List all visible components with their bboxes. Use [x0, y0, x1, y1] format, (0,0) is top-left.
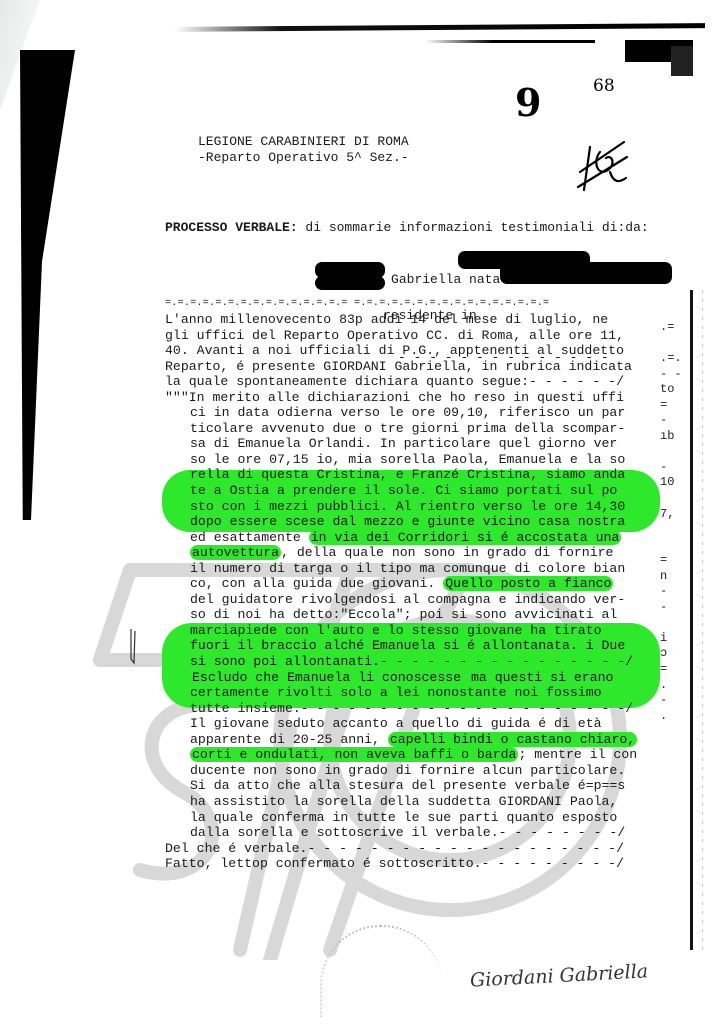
title-text: di sommarie informazioni testimoniali di…	[298, 220, 626, 235]
faded-stamp	[320, 925, 442, 1017]
margin-mark: 7,	[660, 507, 682, 523]
margin-mark	[660, 615, 682, 631]
line-text: dopo essere scese dal mezzo e giunte vic…	[190, 514, 625, 529]
statement-line: il numero di targa o il tipo ma comunque…	[165, 561, 685, 577]
statement-line: sto con i mezzi pubblici. Al rientro ver…	[165, 499, 685, 515]
line-text: L'anno millenovecento 83p addì 14 del me…	[165, 312, 608, 327]
margin-mark	[660, 522, 682, 538]
line-text: ticolare avvenuto due o tre giorni prima…	[190, 421, 625, 436]
line-text: il numero di targa o il tipo ma comunque…	[190, 561, 625, 576]
line-text: sa di Emanuela Orlandi. In particolare q…	[190, 436, 617, 451]
witness-name: Gabriella nata a	[383, 272, 516, 287]
statement-line: fuori il braccio alché Emanuela si é all…	[165, 638, 685, 654]
line-text: ducente non sono in grado di fornire alc…	[190, 763, 625, 778]
line-text: te a Ostia a prendere il sole. Ci siamo …	[190, 483, 617, 498]
margin-mark: =	[660, 662, 682, 678]
line-text: apparente di 20-25 anni,	[190, 732, 388, 747]
statement-line: 40. Avanti a noi ufficiali di P.G., appt…	[165, 343, 685, 359]
statement-line: sa di Emanuela Orlandi. In particolare q…	[165, 436, 685, 452]
highlighted-text: in via dei Corridori si é accostata una	[309, 530, 622, 545]
line-text: """In merito alle dichiarazioni che ho r…	[165, 390, 624, 405]
margin-mark	[660, 755, 682, 771]
line-text: Si da atto che alla stesura del presente…	[190, 778, 625, 793]
statement-body: L'anno millenovecento 83p addì 14 del me…	[165, 312, 685, 872]
statement-line: Reparto, é presente GIORDANI Gabriella, …	[165, 359, 685, 375]
statement-line: rella di questa Cristina, e Franzé Crist…	[165, 467, 685, 483]
margin-mark: i	[660, 631, 682, 647]
stamped-page-number: 68	[593, 76, 615, 96]
line-text: ed esattamente	[190, 530, 309, 545]
highlighted-text: autovettura	[190, 545, 281, 560]
redaction-address	[315, 276, 385, 290]
margin-mark: -	[660, 460, 682, 476]
line-text: dalla sorella e sottoscrive il verbale.-…	[190, 825, 625, 840]
statement-line: so le ore 07,15 io, mia sorella Paola, E…	[165, 452, 685, 468]
margin-mark: ɔ	[660, 646, 682, 662]
statement-line: Si da atto che alla stesura del presente…	[165, 778, 685, 794]
statement-line: del guidatore rivolgendosi al compagna e…	[165, 592, 685, 608]
statement-line: dalla sorella e sottoscrive il verbale.-…	[165, 825, 685, 841]
line-text-after: ; mentre il con	[518, 747, 637, 762]
margin-mark: -	[660, 693, 682, 709]
statement-line: corti e ondulati, non aveva baffi o bard…	[165, 747, 685, 763]
statement-line: ha assistito la sorella della suddetta G…	[165, 794, 685, 810]
initials-signature-icon	[572, 132, 632, 192]
line-text: gli uffici del Reparto Operativo CC. di …	[165, 328, 624, 343]
header-legion: LEGIONE CARABINIERI DI ROMA	[198, 134, 409, 150]
scan-edge-dots	[702, 290, 703, 950]
margin-handwritten-mark-icon	[128, 627, 138, 665]
margin-mark: .	[660, 709, 682, 725]
margin-marks: .=.=.- -to=-ıb-107,=n--iɔ=.-.	[660, 320, 682, 771]
statement-line: certamente rivolti solo a lei nonostante…	[165, 685, 685, 701]
scan-artifact-corner	[625, 40, 693, 62]
line-text: ha assistito la sorella della suddetta G…	[190, 794, 617, 809]
margin-mark: -	[660, 584, 682, 600]
line-text: fuori il braccio alché Emanuela si é all…	[190, 638, 625, 653]
statement-line: si sono poi allontanati.- - - - - - - - …	[165, 654, 685, 670]
margin-mark: 10	[660, 475, 682, 491]
line-text: co, con alla guida due giovani.	[190, 576, 443, 591]
separator-line: =.=.=.=.=.=.=.=.=.=.=.=.=.=.= =.=.=.=.=.…	[165, 298, 549, 309]
highlighted-text: corti e ondulati, non aveva baffi o bard…	[190, 747, 518, 762]
line-text-after: , della quale non sono in grado di forni…	[281, 545, 613, 560]
statement-line: Il giovane seduto accanto a quello di gu…	[165, 716, 685, 732]
highlighted-text: capelli bindi o castano chiaro,	[388, 732, 637, 747]
line-text: ci in data odierna verso le ore 09,10, r…	[190, 405, 625, 420]
line-text: la quale spontaneamente dichiara quanto …	[165, 374, 624, 389]
statement-line: marciapiede con l'auto e lo stesso giova…	[165, 623, 685, 639]
handwritten-page-number: 9	[515, 80, 541, 125]
margin-mark: =	[660, 553, 682, 569]
line-text: rella di questa Cristina, e Franzé Crist…	[190, 467, 625, 482]
title-label: PROCESSO VERBALE:	[165, 220, 298, 235]
margin-mark: .=.	[660, 351, 682, 367]
margin-mark: -	[660, 600, 682, 616]
scan-line-top-short	[425, 40, 595, 43]
statement-line: Fatto, lettop confermato é sottoscritto.…	[165, 856, 685, 872]
statement-line: L'anno millenovecento 83p addì 14 del me…	[165, 312, 685, 328]
highlighted-text: Escludo che Emanuela li conoscesse	[190, 670, 463, 685]
line-text-after: ma questi si erano	[463, 670, 613, 685]
line-text: Del che é verbale.- - - - - - - - - - - …	[165, 841, 624, 856]
statement-line: ticolare avvenuto due o tre giorni prima…	[165, 421, 685, 437]
scan-line-top	[175, 23, 705, 32]
line-text: Il giovane seduto accanto a quello di gu…	[190, 716, 602, 731]
scan-edge-right	[690, 290, 693, 950]
statement-line: Del che é verbale.- - - - - - - - - - - …	[165, 841, 685, 857]
margin-mark	[660, 538, 682, 554]
line-text: marciapiede con l'auto e lo stesso giova…	[190, 623, 602, 638]
line-text: la quale conferma in tutte le sue parti …	[190, 810, 617, 825]
margin-mark: ıb	[660, 429, 682, 445]
line-text: so di noi ha detto:"Eccola"; poi si sono…	[190, 607, 617, 622]
statement-line: apparente di 20-25 anni, capelli bindi o…	[165, 732, 685, 748]
statement-line: autovettura, della quale non sono in gra…	[165, 545, 685, 561]
statement-line: te a Ostia a prendere il sole. Ci siamo …	[165, 483, 685, 499]
redaction-residence	[500, 262, 672, 284]
statement-line: la quale spontaneamente dichiara quanto …	[165, 374, 685, 390]
margin-mark	[660, 724, 682, 740]
line-text: so le ore 07,15 io, mia sorella Paola, E…	[190, 452, 625, 467]
highlighted-text: Quello posto a fianco	[443, 576, 613, 591]
margin-mark: .=	[660, 320, 682, 336]
statement-line: ed esattamente in via dei Corridori si é…	[165, 530, 685, 546]
statement-line: la quale conferma in tutte le sue parti …	[165, 810, 685, 826]
line-text: del guidatore rivolgendosi al compagna e…	[190, 592, 625, 607]
margin-mark: - -	[660, 367, 682, 383]
scan-shadow-left	[20, 50, 75, 520]
title-suffix: da:	[625, 220, 648, 235]
margin-mark: n	[660, 569, 682, 585]
line-text: Fatto, lettop confermato é sottoscritto.…	[165, 856, 624, 871]
margin-mark	[660, 491, 682, 507]
margin-mark: -	[660, 413, 682, 429]
statement-line: """In merito alle dichiarazioni che ho r…	[165, 390, 685, 406]
margin-mark	[660, 444, 682, 460]
line-text: tutte insieme.- - - - - - - - - - - - - …	[190, 701, 633, 716]
margin-mark: =	[660, 398, 682, 414]
margin-mark: .	[660, 678, 682, 694]
margin-mark	[660, 336, 682, 352]
document-header: LEGIONE CARABINIERI DI ROMA -Reparto Ope…	[198, 134, 409, 166]
statement-line: co, con alla guida due giovani. Quello p…	[165, 576, 685, 592]
statement-line: gli uffici del Reparto Operativo CC. di …	[165, 328, 685, 344]
statement-line: so di noi ha detto:"Eccola"; poi si sono…	[165, 607, 685, 623]
witness-signature: Giordani Gabriella	[470, 960, 649, 991]
margin-mark	[660, 740, 682, 756]
header-department: -Reparto Operativo 5^ Sez.-	[198, 150, 409, 166]
statement-line: ducente non sono in grado di fornire alc…	[165, 763, 685, 779]
line-text: sto con i mezzi pubblici. Al rientro ver…	[190, 499, 625, 514]
line-text: Reparto, é presente GIORDANI Gabriella, …	[165, 359, 632, 374]
scanned-document-page: 9 68 LEGIONE CARABINIERI DI ROMA -Repart…	[0, 0, 725, 1024]
statement-line: Escludo che Emanuela li conoscesse ma qu…	[165, 670, 685, 686]
document-title: PROCESSO VERBALE: di sommarie informazio…	[165, 220, 649, 235]
statement-line: tutte insieme.- - - - - - - - - - - - - …	[165, 701, 685, 717]
line-text: si sono poi allontanati.- - - - - - - - …	[190, 654, 633, 669]
statement-line: ci in data odierna verso le ore 09,10, r…	[165, 405, 685, 421]
statement-line: dopo essere scese dal mezzo e giunte vic…	[165, 514, 685, 530]
margin-mark: to	[660, 382, 682, 398]
line-text: certamente rivolti solo a lei nonostante…	[190, 685, 602, 700]
line-text: 40. Avanti a noi ufficiali di P.G., appt…	[165, 343, 624, 358]
